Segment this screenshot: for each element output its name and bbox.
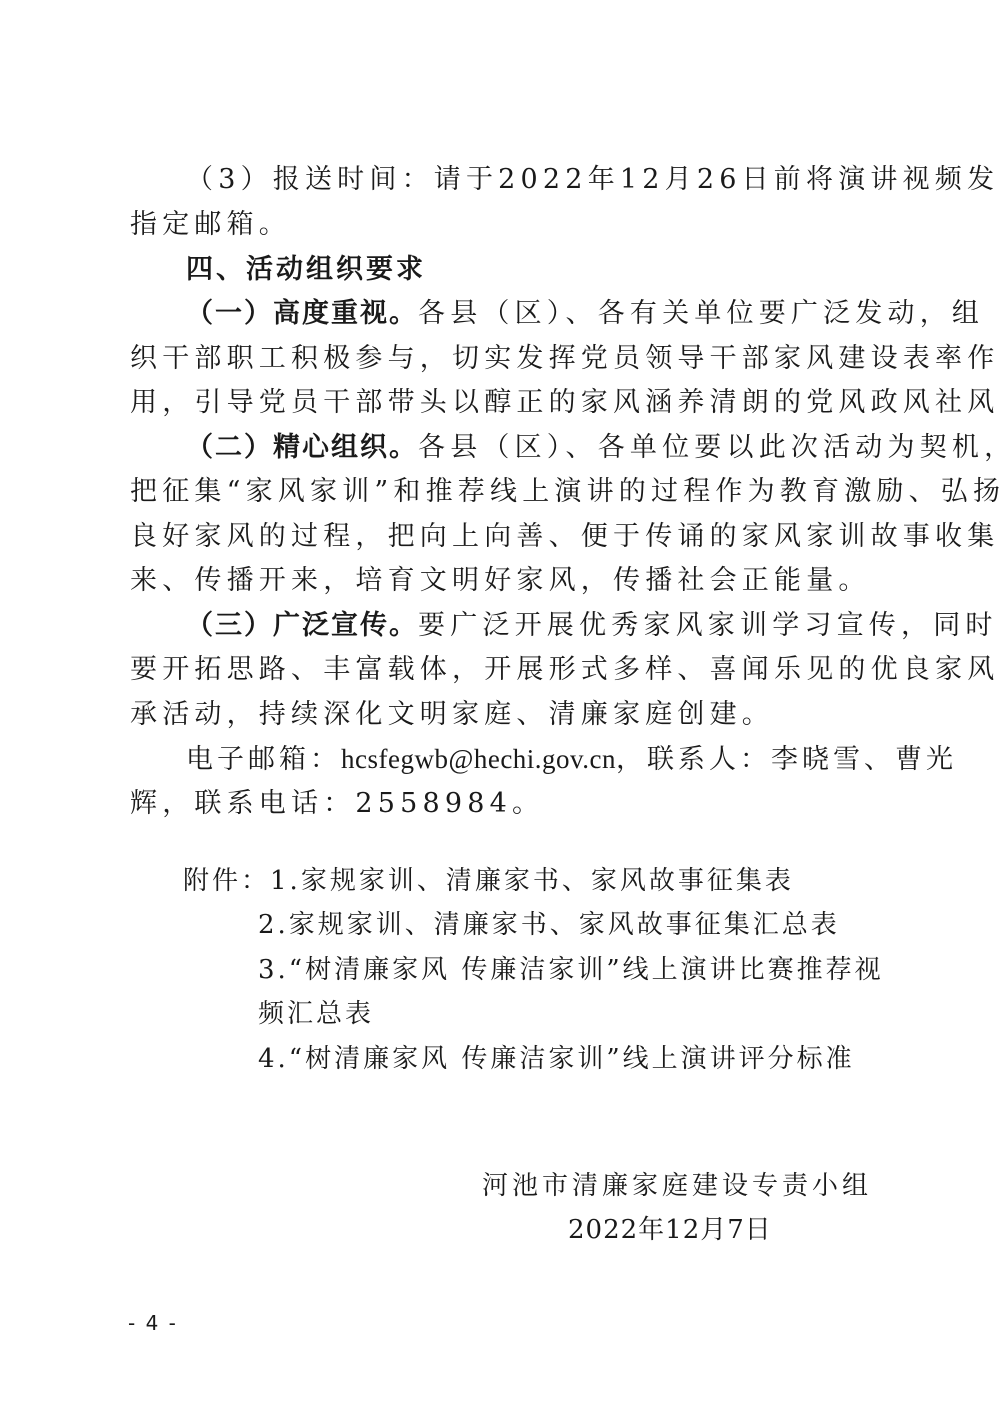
paragraph-3-line1: （三）广泛宣传。要广泛开展优秀家风家训学习宣传，同时 (186, 609, 926, 643)
paragraph-1-line3: 用，引导党员干部带头以醇正的家风涵养清朗的党风政风社风。 (130, 386, 870, 420)
paragraph-2-text: 各县（区）、各单位要以此次活动为契机， (418, 432, 1000, 463)
paragraph-3-text: 要广泛开展优秀家风家训学习宣传，同时 (418, 610, 998, 641)
contact-line1: 电子邮箱：hcsfegwb@hechi.gov.cn，联系人：李晓雪、曹光 (186, 742, 926, 777)
email-label: 电子邮箱： (186, 744, 341, 775)
attachment-item-2: 2.家规家训、清廉家书、家风故事征集汇总表 (258, 908, 998, 942)
email-link[interactable]: hcsfegwb@hechi.gov.cn (341, 744, 616, 774)
item3-line1: （3）报送时间：请于2022年12月26日前将演讲视频发送至 (186, 163, 926, 197)
attachments-label: 附件： (183, 866, 270, 896)
contact-line2: 辉，联系电话：2558984。 (130, 787, 870, 821)
contact-persons: ，联系人：李晓雪、曹光 (616, 744, 957, 775)
paragraph-1-lead: （一）高度重视。 (186, 298, 418, 329)
attachment-item-3: 3.“树清廉家风 传廉洁家训”线上演讲比赛推荐视 (258, 953, 998, 987)
paragraph-2-line1: （二）精心组织。各县（区）、各单位要以此次活动为契机， (186, 431, 926, 465)
paragraph-3-line3: 承活动，持续深化文明家庭、清廉家庭创建。 (130, 698, 870, 732)
attachment-item-4: 4.“树清廉家风 传廉洁家训”线上演讲评分标准 (258, 1042, 998, 1076)
signature-organization: 河池市清廉家庭建设专责小组 (482, 1169, 872, 1203)
item3-line2: 指定邮箱。 (130, 208, 870, 242)
page-number: - 4 - (128, 1311, 178, 1335)
paragraph-1-text: 各县（区）、各有关单位要广泛发动，组 (418, 298, 984, 329)
paragraph-1-line1: （一）高度重视。各县（区）、各有关单位要广泛发动，组 (186, 297, 926, 331)
paragraph-2-line4: 来、传播开来，培育文明好家风，传播社会正能量。 (130, 564, 870, 598)
signature-date: 2022年12月7日 (568, 1213, 772, 1247)
attachment-item-1: 1.家规家训、清廉家书、家风故事征集表 (270, 866, 794, 896)
paragraph-2-line2: 把征集“家风家训”和推荐线上演讲的过程作为教育激励、弘扬 (130, 475, 870, 509)
attachment-1: 附件：1.家规家训、清廉家书、家风故事征集表 (183, 864, 923, 898)
document-page: （3）报送时间：请于2022年12月26日前将演讲视频发送至 指定邮箱。 四、活… (0, 0, 1000, 1414)
section4-heading: 四、活动组织要求 (186, 253, 926, 287)
paragraph-2-line3: 良好家风的过程，把向上向善、便于传诵的家风家训故事收集起 (130, 520, 870, 554)
paragraph-1-line2: 织干部职工积极参与，切实发挥党员领导干部家风建设表率作 (130, 342, 870, 376)
paragraph-2-lead: （二）精心组织。 (186, 432, 418, 463)
paragraph-3-line2: 要开拓思路、丰富载体，开展形式多样、喜闻乐见的优良家风传 (130, 653, 870, 687)
paragraph-3-lead: （三）广泛宣传。 (186, 610, 418, 641)
attachment-item-3-cont: 频汇总表 (258, 997, 998, 1031)
